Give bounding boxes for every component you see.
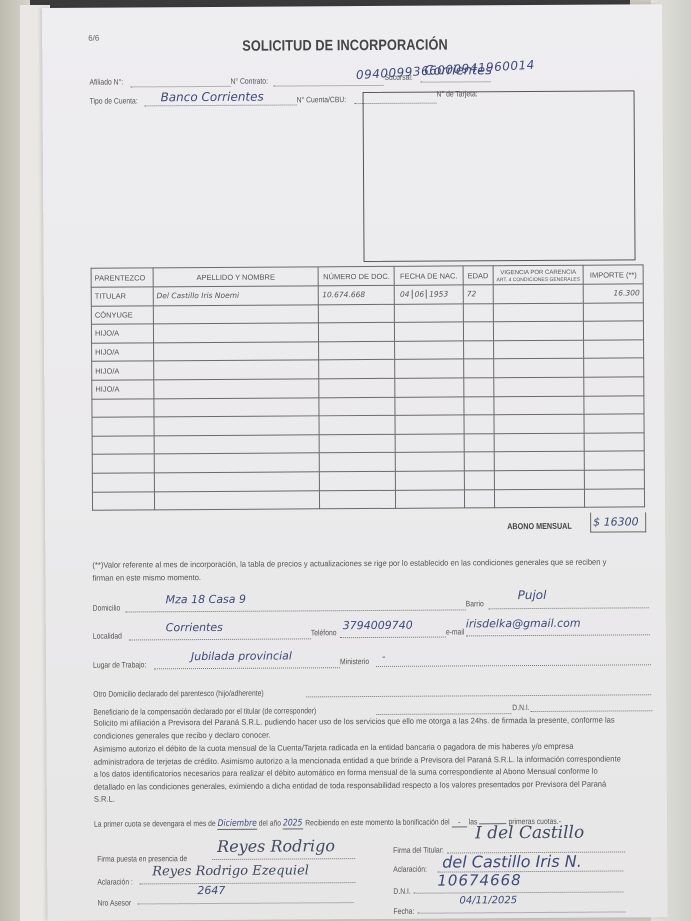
telefono-field[interactable] (340, 637, 446, 639)
col-parentesco: PARENTEZCO (91, 268, 153, 287)
footnote: (**)Valor referente al mes de incorporac… (92, 556, 624, 584)
doc-cell[interactable] (320, 471, 396, 490)
localidad-value: Corrientes (166, 621, 223, 634)
edad-cell[interactable] (464, 378, 494, 397)
vigencia-cell[interactable] (494, 452, 585, 471)
ministerio-field[interactable] (376, 664, 651, 667)
vigencia-cell[interactable] (493, 321, 584, 340)
localidad-label: Localidad (93, 632, 122, 641)
importe-cell[interactable] (584, 377, 644, 396)
parentesco-cell[interactable] (92, 491, 154, 510)
parentesco-cell[interactable] (92, 436, 154, 455)
vigencia-cell[interactable] (493, 303, 584, 322)
importe-cell[interactable]: 16.300 (584, 284, 644, 303)
importe-cell[interactable] (585, 451, 645, 470)
legal-paragraph-2: Asimismo autorizo el débito de la cuota … (93, 740, 625, 806)
nombre-cell[interactable] (153, 323, 319, 343)
aclaracion-right-value: del Castillo Iris N. (442, 852, 582, 872)
domicilio-value: Mza 18 Casa 9 (166, 593, 246, 606)
col-vigencia-title: VIGENCIA POR CARENCIA (500, 270, 576, 276)
edad-cell[interactable] (464, 396, 494, 415)
fecha-nac-cell[interactable] (395, 341, 464, 360)
aclaracion-left-label: Aclaración : (97, 877, 133, 886)
tipo-cuenta-value: Banco Corrientes (161, 90, 264, 105)
col-vigencia: VIGENCIA POR CARENCIA ART. 4 CONDICIONES… (493, 265, 584, 285)
fecha-value: 04/11/2025 (459, 895, 517, 906)
fecha-nac-cell[interactable] (396, 471, 465, 490)
doc-cell[interactable] (319, 360, 395, 379)
fecha-nac-cell[interactable] (395, 396, 464, 415)
doc-cell[interactable]: 10.674.668 (319, 285, 395, 304)
importe-cell[interactable] (585, 470, 645, 489)
importe-cell[interactable] (584, 414, 644, 433)
doc-cell[interactable] (319, 378, 395, 397)
nombre-cell[interactable] (153, 379, 319, 399)
nro-asesor-label: Nro Asesor (97, 898, 131, 907)
beneficiario-label: Beneficiario de la compensación declarad… (93, 706, 316, 716)
contrato-label: N° Contrato: (230, 77, 268, 86)
fecha-nac-cell[interactable] (395, 304, 464, 323)
fecha-nac-cell[interactable] (395, 322, 464, 341)
edad-cell[interactable] (464, 471, 494, 490)
col-apellido-nombre: APELLIDO Y NOMBRE (153, 267, 319, 287)
contrato-field[interactable] (273, 85, 383, 87)
fecha-anio-value: 1953 (427, 290, 450, 299)
lugar-trabajo-value: Jubilada provincial (191, 649, 292, 663)
parentesco-cell[interactable] (92, 473, 154, 492)
fecha-nac-cell[interactable] (395, 452, 464, 471)
barrio-label: Barrio (466, 599, 484, 608)
form-page: 6/6 SOLICITUD DE INCORPORACIÓN Afiliado … (42, 4, 668, 921)
email-label: e-mail (446, 627, 465, 636)
edad-cell[interactable] (463, 303, 493, 322)
form-title: SOLICITUD DE INCORPORACIÓN (242, 37, 448, 55)
email-field[interactable] (466, 634, 650, 636)
ministerio-value: - (382, 652, 386, 663)
tipo-cuenta-field[interactable] (145, 104, 297, 106)
vigencia-cell[interactable] (493, 340, 584, 359)
nombre-cell[interactable] (153, 304, 319, 324)
edad-cell[interactable] (463, 322, 493, 341)
doc-cell[interactable] (320, 453, 396, 472)
fecha-label: Fecha: (393, 907, 414, 916)
doc-cell[interactable] (319, 397, 395, 416)
parentesco-cell[interactable]: HIJO/A (92, 343, 154, 362)
nombre-cell[interactable]: Del Castillo Iris Noemi (153, 286, 319, 306)
aclaracion-left-value: Reyes Rodrigo Ezequiel (152, 863, 309, 879)
firma-titular-label: Firma del Titular: (393, 846, 444, 855)
vigencia-cell[interactable] (494, 377, 585, 396)
email-value: irisdelka@gmail.com (466, 617, 581, 631)
edad-cell[interactable]: 72 (463, 285, 493, 304)
parentesco-cell[interactable]: TITULAR (91, 287, 153, 306)
col-numero-doc: NÚMERO DE DOC. (319, 266, 395, 285)
barrio-value: Pujol (518, 588, 547, 602)
tipo-cuenta-label: Tipo de Cuenta: (90, 96, 138, 105)
nombre-cell[interactable] (154, 472, 320, 492)
afiliado-label: Afiliado N°: (89, 78, 123, 87)
nombre-cell[interactable] (154, 435, 320, 455)
nro-asesor-value: 2647 (197, 884, 225, 897)
domicilio-field[interactable] (126, 609, 466, 612)
nombre-cell[interactable] (154, 490, 320, 510)
cuota-anio-label: del año (259, 819, 281, 828)
telefono-value: 3794009740 (343, 619, 413, 632)
vigencia-cell[interactable] (494, 470, 585, 489)
afiliado-field[interactable] (130, 86, 230, 88)
cuota-anio-value[interactable]: 2025 (283, 818, 303, 829)
doc-cell[interactable] (319, 323, 395, 342)
vigencia-cell[interactable] (493, 359, 584, 378)
abono-mensual-label: ABONO MENSUAL (507, 521, 572, 531)
nro-asesor-field[interactable] (137, 902, 353, 904)
col-fecha-nac: FECHA DE NAC. (394, 266, 463, 285)
edad-cell[interactable] (464, 341, 494, 360)
importe-cell[interactable] (584, 395, 644, 414)
nombre-cell[interactable] (154, 397, 320, 417)
parentesco-cell[interactable] (92, 454, 154, 473)
nombre-cell[interactable] (153, 342, 319, 362)
barrio-field[interactable] (489, 607, 649, 609)
titular-dni-label: D.N.I. (393, 887, 410, 896)
doc-cell[interactable] (319, 304, 395, 323)
parentesco-cell[interactable]: HIJO/A (92, 361, 154, 380)
importe-cell[interactable] (584, 321, 644, 340)
doc-cell[interactable] (320, 434, 396, 453)
col-vigencia-subtitle: ART. 4 CONDICIONES GENERALES (496, 277, 580, 284)
edad-cell[interactable] (464, 359, 494, 378)
edad-cell[interactable] (464, 452, 494, 471)
firma-presencia-value: Reyes Rodrigo (217, 836, 335, 856)
parentesco-cell[interactable] (92, 417, 154, 436)
titular-dni-value: 10674668 (437, 871, 521, 890)
photo-box (363, 90, 636, 262)
parentesco-cell[interactable] (92, 398, 154, 417)
fecha-mes-value: 06 (413, 290, 428, 299)
importe-cell[interactable] (585, 488, 645, 507)
fecha-nac-cell[interactable] (395, 378, 464, 397)
fecha-nac-cell[interactable] (396, 489, 465, 508)
nombre-cell[interactable] (154, 416, 320, 436)
cuota-prefix: La primer cuota se devengara el mes de (94, 819, 216, 829)
importe-cell[interactable] (584, 358, 644, 377)
fecha-nac-cell[interactable] (395, 415, 464, 434)
fecha-nac-cell[interactable] (395, 359, 464, 378)
table-row (92, 488, 644, 510)
firma-presencia-field[interactable] (212, 858, 355, 860)
importe-cell[interactable] (584, 340, 644, 359)
vigencia-cell[interactable] (494, 489, 585, 508)
otro-domicilio-label: Otro Domicilio declarado del parentesco … (93, 689, 264, 699)
titular-dni-field[interactable] (413, 891, 623, 893)
vigencia-cell[interactable] (494, 396, 585, 415)
firma-titular-value: I del Castillo (475, 823, 584, 844)
parentesco-cell[interactable]: HIJO/A (91, 324, 153, 343)
beneficiario-dni-label: D.N.I. (512, 703, 529, 712)
sucursal-field[interactable] (420, 81, 490, 82)
localidad-field[interactable] (129, 638, 311, 640)
col-edad: EDAD (463, 266, 493, 285)
abono-mensual-value: $ 16300 (593, 515, 639, 528)
col-importe: IMPORTE (**) (583, 265, 643, 284)
members-table: PARENTEZCO APELLIDO Y NOMBRE NÚMERO DE D… (91, 264, 645, 510)
fecha-nac-cell[interactable] (395, 434, 464, 453)
telefono-label: Teléfono (311, 628, 337, 637)
vigencia-cell[interactable] (494, 433, 585, 452)
edad-cell[interactable] (464, 415, 494, 434)
fecha-field[interactable] (418, 911, 626, 913)
legal-paragraph-1: Solicito mi afiliación a Previsora del P… (93, 714, 625, 742)
edad-cell[interactable] (464, 433, 494, 452)
doc-cell[interactable] (319, 341, 395, 360)
otro-domicilio-field[interactable] (306, 694, 651, 697)
parentesco-cell[interactable]: HIJO/A (92, 380, 154, 399)
cuenta-cbu-label: N° Cuenta/CBU: (297, 95, 347, 104)
nombre-cell[interactable] (154, 453, 320, 473)
importe-cell[interactable] (584, 433, 644, 452)
domicilio-label: Domicilio (93, 604, 121, 613)
parentesco-cell[interactable]: CÓNYUGE (91, 305, 153, 324)
page-number: 6/6 (88, 34, 99, 43)
doc-cell[interactable] (319, 416, 395, 435)
lugar-trabajo-label: Lugar de Trabajo: (93, 660, 146, 669)
lugar-trabajo-field[interactable] (154, 667, 340, 669)
aclaracion-left-field[interactable] (139, 882, 355, 884)
bonificacion-value[interactable]: - (452, 817, 467, 827)
fecha-dia-value: 04 (398, 290, 413, 299)
fecha-nac-cell[interactable]: 04061953 (394, 285, 463, 304)
nombre-cell[interactable] (153, 360, 319, 380)
vigencia-cell[interactable] (494, 414, 585, 433)
beneficiario-dni-field[interactable] (530, 710, 652, 712)
ministerio-label: Ministerio (340, 657, 369, 666)
edad-cell[interactable] (464, 489, 494, 508)
importe-cell[interactable] (584, 302, 644, 321)
firma-presencia-label: Firma puesta en presencia de (97, 854, 187, 864)
doc-cell[interactable] (320, 490, 396, 509)
cuota-mes-value[interactable]: Diciembre (218, 819, 257, 830)
vigencia-cell[interactable] (493, 284, 584, 303)
aclaracion-right-label: Aclaración: (393, 865, 427, 874)
bonificacion-text: Recibiendo en este momento la bonificaci… (305, 818, 449, 828)
